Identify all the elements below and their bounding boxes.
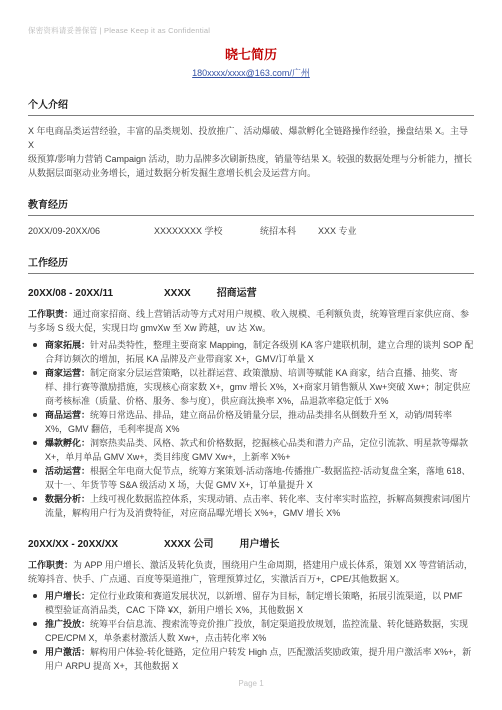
bullet-item: 数据分析：上线可视化数据监控体系，实现动销、点击率、转化率、支付率实时监控，拆解… (28, 492, 474, 520)
bullet-text: 统筹日常选品、排品，建立商品价格及销量分层，推动品类排名从倒数升至 X，动销/周… (45, 410, 452, 434)
bullet-label: 商品运营： (45, 410, 90, 420)
job-bullets: 商家拓展：针对品类特性，整理主要商家 Mapping，制定各级别 KA 客户建联… (28, 338, 474, 520)
bullet-text: 解构用户体验-转化链路，定位用户转发 High 点，匹配激活奖励政策，提升用户激… (45, 647, 471, 671)
job-duty: 工作职责：为 APP 用户增长、激活及转化负责，围绕用户生命周期，搭建用户成长体… (28, 558, 474, 586)
job-company: XXXX 公司 (164, 538, 213, 552)
bullet-label: 活动运营： (45, 466, 90, 476)
job-company: XXXX (164, 287, 191, 301)
job-bullets: 用户增长：定位行业政策和赛道发展状况，以新增、留存为目标，制定增长策略，拓展引流… (28, 589, 474, 673)
section-heading-work: 工作经历 (28, 257, 474, 274)
bullet-icon (33, 497, 37, 501)
bullet-label: 商家运营： (45, 368, 90, 378)
job-block-2: 20XX/XX - 20XX/XX XXXX 公司 用户增长 工作职责：为 AP… (28, 538, 474, 673)
bullet-item: 用户激活：解构用户体验-转化链路，定位用户转发 High 点，匹配激活奖励政策，… (28, 645, 474, 673)
bullet-text: 针对品类特性，整理主要商家 Mapping，制定各级别 KA 客户建联机制，建立… (45, 340, 473, 364)
bullet-icon (33, 469, 37, 473)
bullet-icon (33, 371, 37, 375)
bullet-icon (33, 413, 37, 417)
job-period: 20XX/08 - 20XX/11 (28, 287, 138, 301)
confidential-note: 保密资料请妥善保管 | Please Keep it as Confidenti… (28, 26, 474, 36)
intro-text: X 年电商品类运营经验，丰富的品类规划、投放推广、活动爆破、爆款孵化全链路操作经… (28, 124, 474, 180)
bullet-text: 上线可视化数据监控体系，实现动销、点击率、转化率、支付率实时监控，拆解高频搜索词… (45, 494, 471, 518)
bullet-label: 数据分析： (45, 494, 90, 504)
bullet-text: 统筹平台信息流、搜索流等竞价推广投放，制定渠道投放规划，监控流量、转化链路数据，… (45, 619, 468, 643)
bullet-text: 根据全年电商大促节点，统筹方案策划-活动落地-传播推广-数据监控-活动复盘全案，… (45, 466, 471, 490)
bullet-icon (33, 594, 37, 598)
job-header: 20XX/XX - 20XX/XX XXXX 公司 用户增长 (28, 538, 474, 552)
bullet-label: 用户激活： (45, 647, 90, 657)
bullet-icon (33, 650, 37, 654)
duty-label: 工作职责： (28, 309, 73, 319)
contact-link[interactable]: 180xxxx/xxxx@163.com/广州 (192, 68, 310, 78)
bullet-label: 商家拓展： (45, 340, 90, 350)
bullet-icon (33, 441, 37, 445)
bullet-label: 爆款孵化： (45, 438, 90, 448)
job-duty: 工作职责：通过商家招商、线上营销活动等方式对用户规模、收入规模、毛利额负责，统筹… (28, 307, 474, 335)
job-role: 用户增长 (239, 538, 279, 552)
resume-title: 晓七简历 (28, 47, 474, 63)
job-block-1: 20XX/08 - 20XX/11 XXXX 招商运营 工作职责：通过商家招商、… (28, 287, 474, 520)
education-period: 20XX/09-20XX/06 (28, 224, 134, 238)
bullet-label: 推广投放： (45, 619, 90, 629)
bullet-icon (33, 622, 37, 626)
bullet-item: 活动运营：根据全年电商大促节点，统筹方案策划-活动落地-传播推广-数据监控-活动… (28, 464, 474, 492)
bullet-text: 定位行业政策和赛道发展状况，以新增、留存为目标，制定增长策略，拓展引流渠道，以 … (45, 591, 463, 615)
bullet-item: 推广投放：统筹平台信息流、搜索流等竞价推广投放，制定渠道投放规划，监控流量、转化… (28, 617, 474, 645)
job-role: 招商运营 (217, 287, 257, 301)
bullet-text: 洞察热卖品类、风格、款式和价格数据，挖掘核心品类和潜力产品，定位引流款、明星款等… (45, 438, 468, 462)
duty-text: 为 APP 用户增长、激活及转化负责，围绕用户生命周期，搭建用户成长体系，策划 … (28, 560, 473, 584)
job-header: 20XX/08 - 20XX/11 XXXX 招商运营 (28, 287, 474, 301)
bullet-item: 爆款孵化：洞察热卖品类、风格、款式和价格数据，挖掘核心品类和潜力产品，定位引流款… (28, 436, 474, 464)
bullet-item: 用户增长：定位行业政策和赛道发展状况，以新增、留存为目标，制定增长策略，拓展引流… (28, 589, 474, 617)
section-heading-education: 教育经历 (28, 199, 474, 216)
bullet-icon (33, 343, 37, 347)
education-row: 20XX/09-20XX/06 XXXXXXXX 学校 统招本科 XXX 专业 (28, 224, 474, 238)
education-school: XXXXXXXX 学校 (154, 224, 246, 238)
bullet-item: 商品运营：统筹日常选品、排品，建立商品价格及销量分层，推动品类排名从倒数升至 X… (28, 408, 474, 436)
section-heading-intro: 个人介绍 (28, 99, 474, 116)
bullet-label: 用户增长： (45, 591, 90, 601)
bullet-item: 商家拓展：针对品类特性，整理主要商家 Mapping，制定各级别 KA 客户建联… (28, 338, 474, 366)
page-footer: Page 1 (0, 679, 502, 689)
duty-text: 通过商家招商、线上营销活动等方式对用户规模、收入规模、毛利额负责，统筹管理百家供… (28, 309, 469, 333)
contact-line: 180xxxx/xxxx@163.com/广州 (28, 66, 474, 80)
resume-page: 保密资料请妥善保管 | Please Keep it as Confidenti… (0, 0, 502, 710)
bullet-text: 制定商家分层运营策略，以社群运营、政策激励、培训等赋能 KA 商家，结合直播、抽… (45, 368, 471, 406)
bullet-item: 商家运营：制定商家分层运营策略，以社群运营、政策激励、培训等赋能 KA 商家，结… (28, 366, 474, 408)
education-major: XXX 专业 (318, 224, 357, 238)
duty-label: 工作职责： (28, 560, 73, 570)
job-period: 20XX/XX - 20XX/XX (28, 538, 138, 552)
education-degree: 统招本科 (260, 224, 318, 238)
